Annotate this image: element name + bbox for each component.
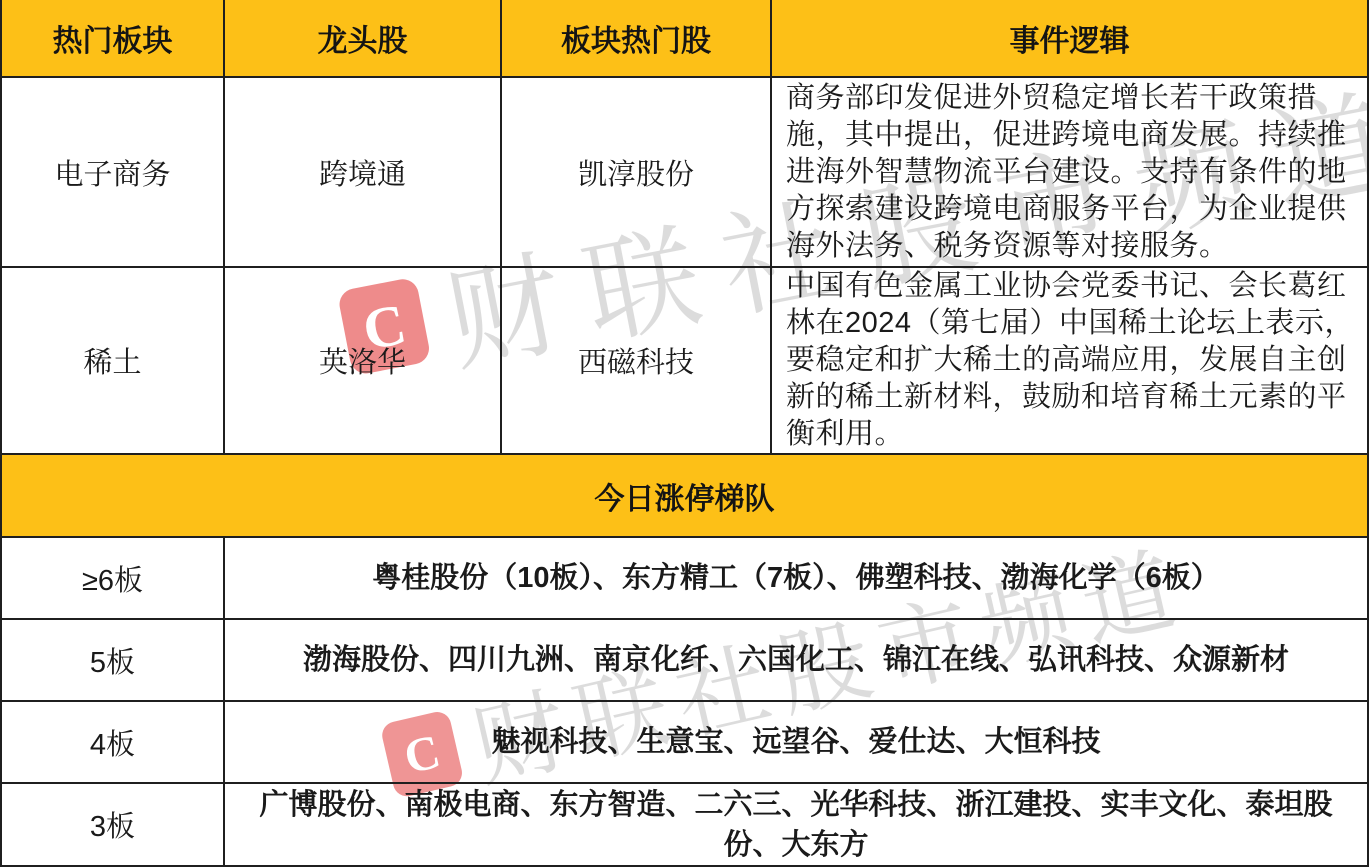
event-logic-text: 中国有色金属工业协会党委书记、会长葛红林在2024（第七届）中国稀土论坛上表示，… <box>772 268 1369 455</box>
ladder-tier-label: 3板 <box>0 784 225 867</box>
sector-name: 稀土 <box>0 268 225 455</box>
ladder-tier-label: 4板 <box>0 702 225 784</box>
header-sector-hot-stock: 板块热门股 <box>502 0 772 78</box>
limit-up-summary-table: C 财联社股市频道 C 财联社股市频道 热门板块 龙头股 板块热门股 事件逻辑 … <box>0 0 1369 867</box>
leader-stock: 英洛华 <box>225 268 502 455</box>
header-event-logic: 事件逻辑 <box>772 0 1369 78</box>
ladder-tier-label: ≥6板 <box>0 538 225 620</box>
ladder-stocks-list: 魅视科技、生意宝、远望谷、爱仕达、大恒科技 <box>225 702 1369 784</box>
ladder-stocks-list: 粤桂股份（10板）、东方精工（7板）、佛塑科技、渤海化学（6板） <box>225 538 1369 620</box>
ladder-stocks-list: 渤海股份、四川九洲、南京化纤、六国化工、锦江在线、弘讯科技、众源新材 <box>225 620 1369 702</box>
limit-up-ladder-band-title: 今日涨停梯队 <box>0 455 1369 538</box>
header-leader-stock: 龙头股 <box>225 0 502 78</box>
ladder-stocks-list: 广博股份、南极电商、东方智造、二六三、光华科技、浙江建投、实丰文化、泰坦股份、大… <box>225 784 1369 867</box>
header-hot-sector: 热门板块 <box>0 0 225 78</box>
leader-stock: 跨境通 <box>225 78 502 268</box>
event-logic-text: 商务部印发促进外贸稳定增长若干政策措施，其中提出，促进跨境电商发展。持续推进海外… <box>772 78 1369 268</box>
sector-hot-stock: 凯淳股份 <box>502 78 772 268</box>
ladder-tier-label: 5板 <box>0 620 225 702</box>
sector-name: 电子商务 <box>0 78 225 268</box>
sector-hot-stock: 西磁科技 <box>502 268 772 455</box>
